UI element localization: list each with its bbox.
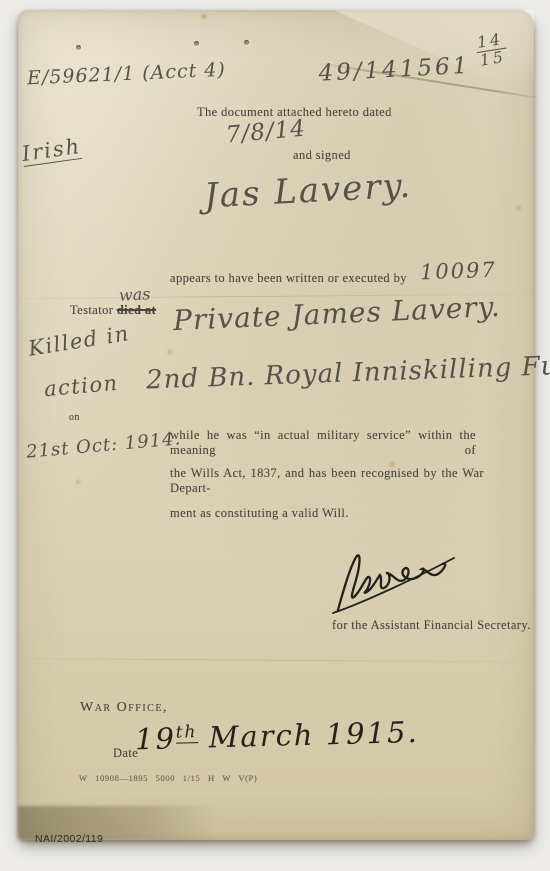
scanned-document: 49/1415611415 E/59621/1 (Acct 4) Irish T… [0, 0, 550, 871]
body-line-3: ment as constituting a valid Will. [170, 506, 349, 521]
unit-name: 2nd Bn. Royal Inniskilling Fus [146, 351, 550, 396]
registry-fraction: 1415 [474, 32, 509, 69]
war-office-label: War Office, [80, 700, 168, 716]
margin-action: action [43, 373, 119, 400]
registry-number-annotation: 49/1415611415 [317, 33, 508, 86]
signed-for-line: for the Assistant Financial Secretary. [332, 618, 531, 633]
case-reference: E/59621/1 (Acct 4) [27, 61, 226, 89]
margin-death-date: 21st Oct: 1914. [26, 430, 182, 461]
nationality-note: Irish [21, 136, 83, 167]
was-note: was [119, 286, 151, 304]
punch-hole [76, 45, 81, 50]
testator-signature: Jas Lavery. [203, 169, 413, 214]
margin-killed-in: Killed in [27, 323, 131, 360]
service-number: 10097 [420, 260, 497, 284]
archive-reference: NAI/2002/119 [35, 833, 103, 845]
testator-line: Testator died at [70, 303, 156, 318]
crease-line [18, 658, 534, 663]
foxing-spot [168, 350, 172, 354]
unit-line: 2nd Bn. Royal Inniskilling Fuslrs [146, 351, 550, 393]
attached-date: 7/8/14 [225, 118, 307, 148]
office-date-suffix: th [176, 721, 198, 744]
body-line-2: the Wills Act, 1837, and has been recogn… [170, 466, 484, 496]
printed-on: on [69, 412, 80, 423]
body-line-1: while he was “in actual military service… [170, 428, 476, 458]
office-date-day: 19 [135, 721, 177, 756]
printed-and-signed: and signed [293, 148, 351, 163]
mcgregor-signature [328, 546, 464, 618]
soldier-name: Private James Lavery. [173, 293, 502, 335]
foxing-spot [516, 206, 521, 210]
appears-row: appears to have been written or executed… [170, 265, 497, 287]
printers-code: W 10908—1895 5000 1/15 H W V(P) [79, 773, 257, 783]
office-date: 19th March 1915. [135, 717, 419, 754]
foxing-spot [201, 14, 207, 19]
paper-sheet: 49/1415611415 E/59621/1 (Acct 4) Irish T… [18, 10, 534, 840]
printed-appears-line: appears to have been written or executed… [170, 271, 407, 285]
was-note-text: was [118, 284, 150, 305]
punch-hole [244, 40, 249, 45]
testator-label: Testator [70, 303, 113, 317]
foxing-spot [76, 480, 80, 484]
struck-word: died at [117, 303, 156, 317]
punch-hole [194, 41, 199, 46]
office-date-rest: March 1915. [197, 715, 419, 755]
